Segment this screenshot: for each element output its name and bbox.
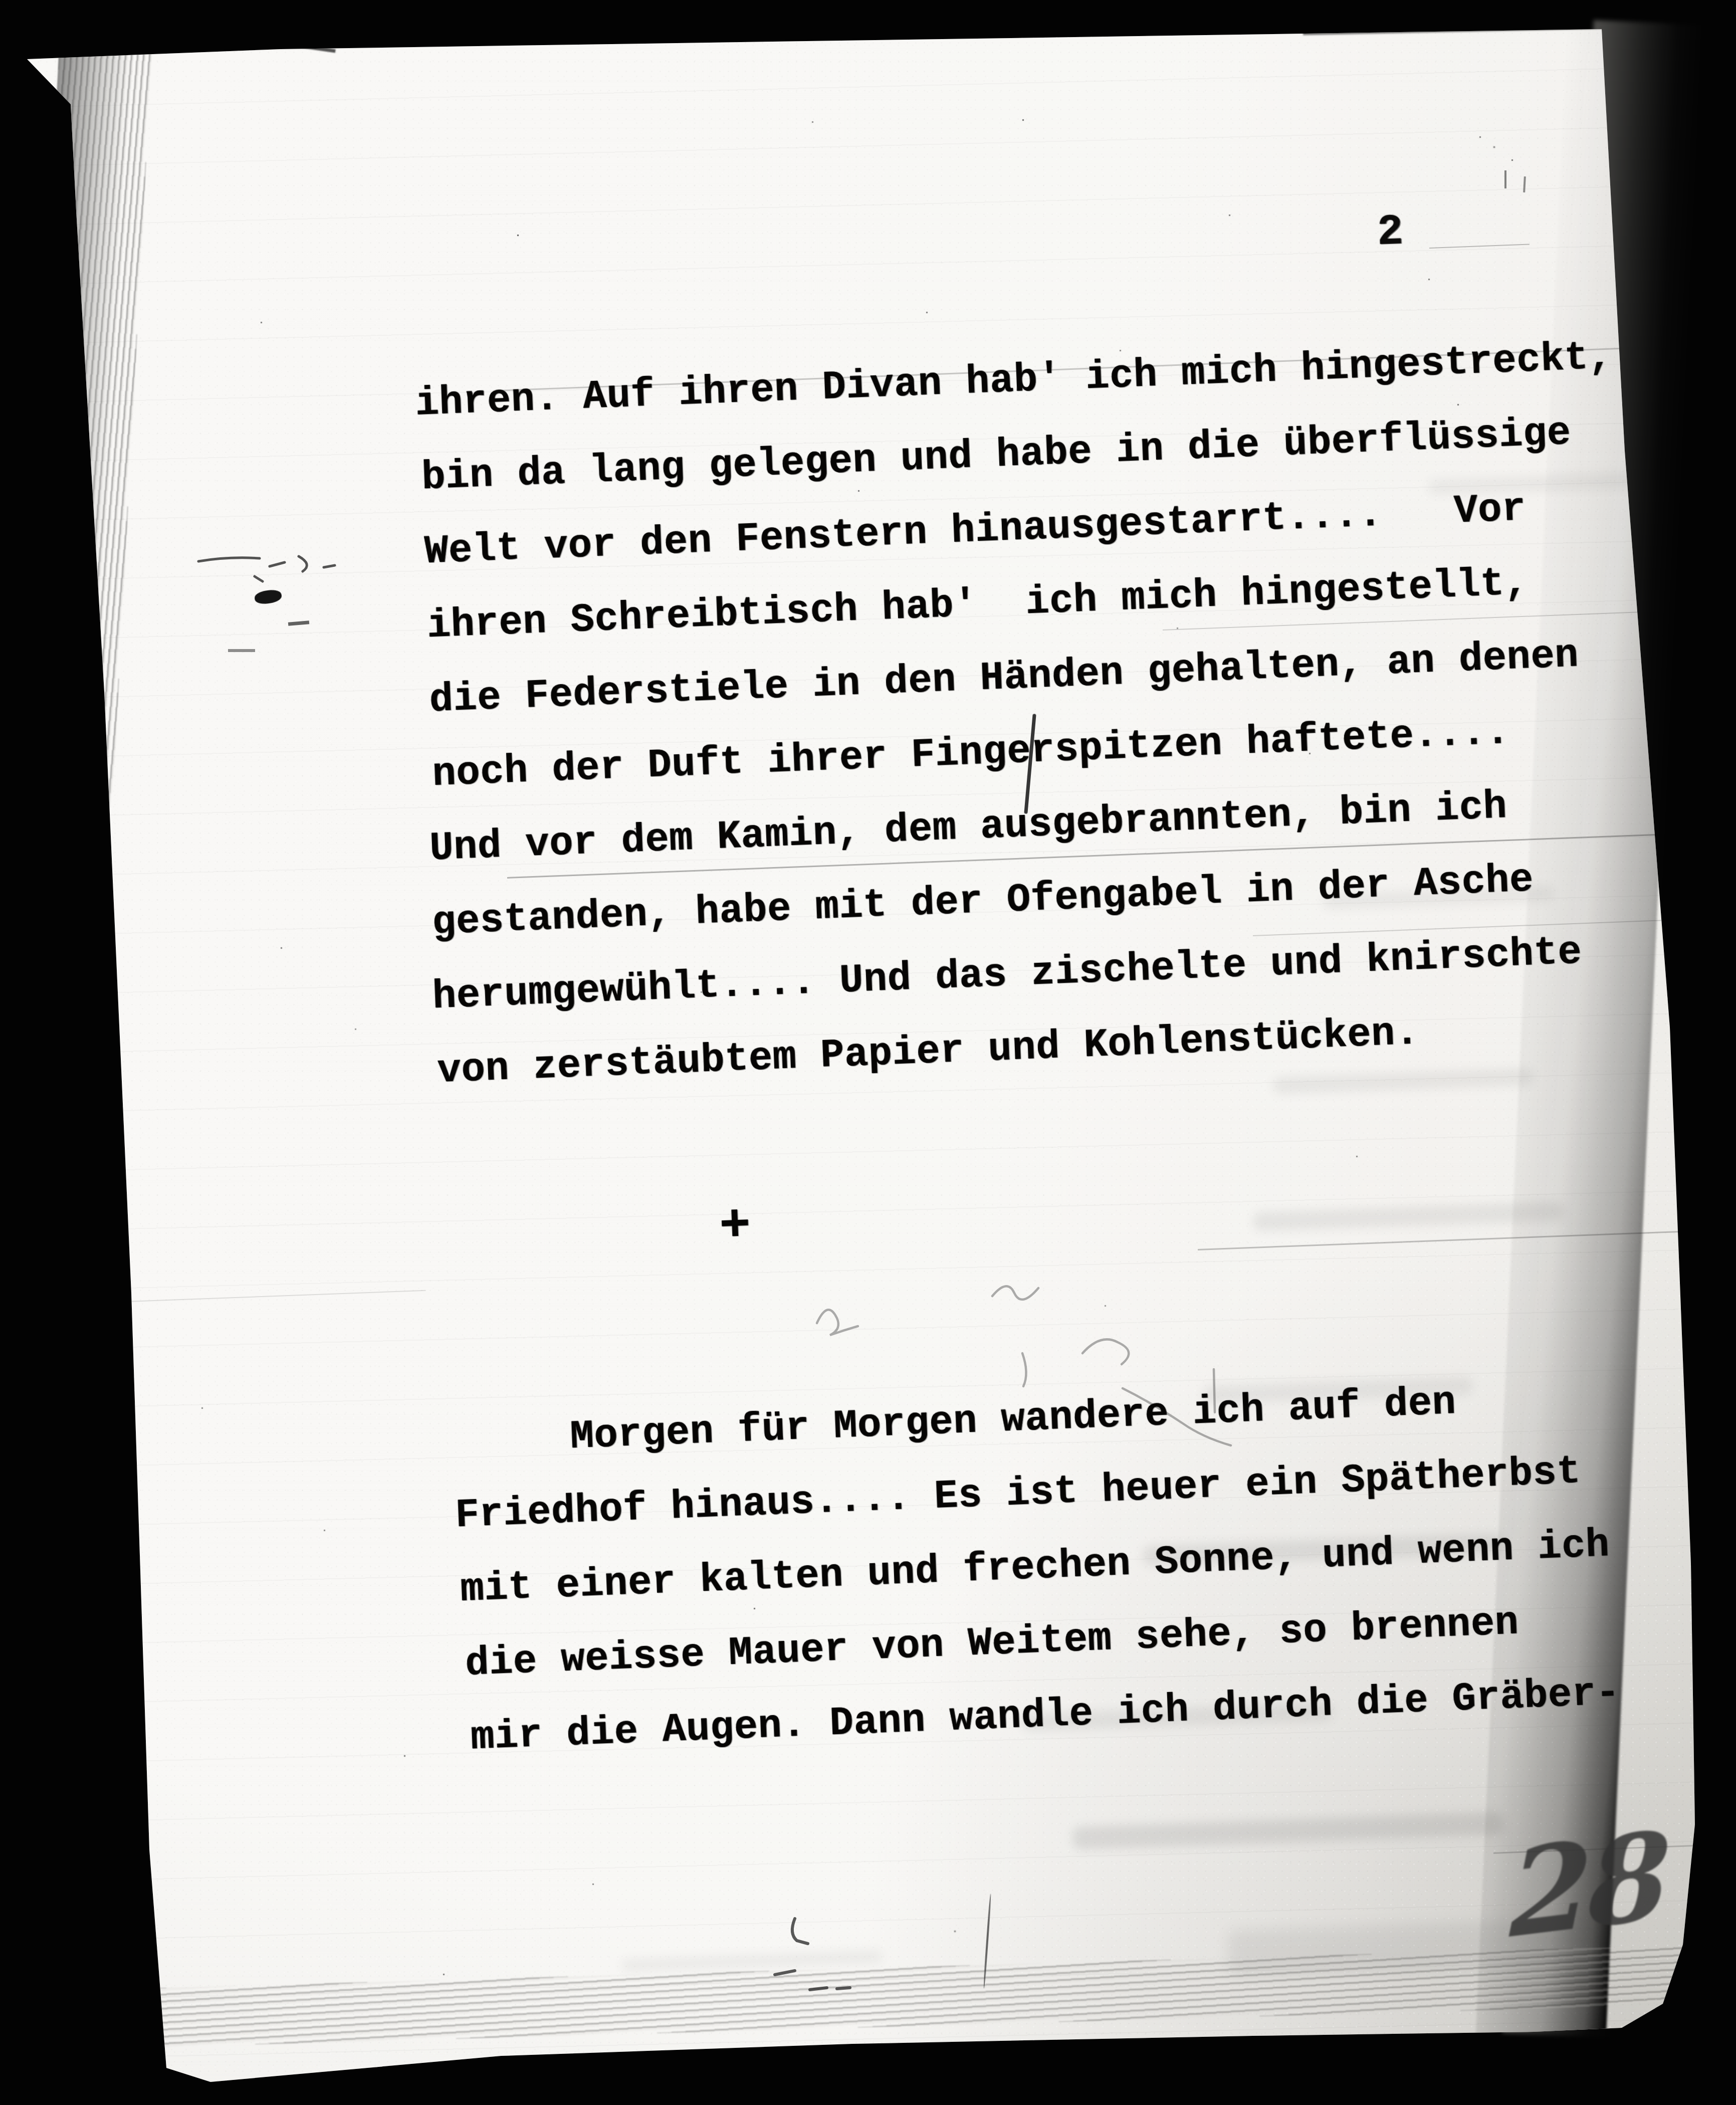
text-line: die Federstiele in den Händen gehalten, … bbox=[428, 636, 1579, 720]
text-line: ihren Schreibtisch hab' ich mich hingest… bbox=[426, 563, 1529, 646]
handwritten-folio-number: 28 bbox=[1509, 1805, 1668, 1965]
scanner-background: 2 ihren. Auf ihren Divan hab' ich mich h… bbox=[0, 0, 1736, 2105]
scratch-cluster bbox=[194, 550, 360, 595]
top-page-edge-line bbox=[20, 7, 1614, 57]
dust-specks bbox=[0, 0, 2, 2]
text-line: ihren. Auf ihren Divan hab' ich mich hin… bbox=[414, 337, 1613, 424]
scratch-dash bbox=[288, 620, 309, 626]
text-line: gestanden, habe mit der Ofengabel in der… bbox=[431, 860, 1535, 943]
scan-streak bbox=[1429, 244, 1530, 249]
bleedthrough-smudge bbox=[1072, 1812, 1503, 1850]
section-divider-cross: + bbox=[718, 1200, 752, 1253]
text-line: noch der Duft ihrer Fingerspitzen haftet… bbox=[431, 713, 1510, 794]
page-number: 2 bbox=[1376, 207, 1404, 257]
text-line: herumgewühlt.... Und das zischelte und k… bbox=[431, 932, 1582, 1017]
text-line: bin da lang gelegen und habe in die über… bbox=[421, 413, 1572, 498]
text-line: von zerstäubtem Papier und Kohlenstücken… bbox=[437, 1013, 1420, 1091]
top-page-edge-doubled bbox=[1303, 24, 1609, 36]
manuscript-page: 2 ihren. Auf ihren Divan hab' ich mich h… bbox=[0, 0, 1736, 2105]
scan-streak bbox=[75, 1290, 426, 1304]
scratch-tick bbox=[1504, 170, 1506, 188]
text-line: mir die Augen. Dann wandle ich durch die… bbox=[470, 1673, 1621, 1758]
scratch-cluster-bottom bbox=[762, 1905, 882, 2020]
scratch-tick bbox=[1523, 176, 1526, 192]
rough-left-page-edge bbox=[0, 48, 152, 2097]
text-line: die weisse Mauer von Weitem sehe, so bre… bbox=[465, 1603, 1520, 1684]
scratch-dash bbox=[228, 649, 255, 652]
text-line: Morgen für Morgen wandere ich auf den bbox=[569, 1383, 1457, 1457]
text-line: Welt vor den Fenstern hinausgestarrt....… bbox=[424, 489, 1527, 572]
text-line: mit einer kalten und frechen Sonne, und … bbox=[460, 1525, 1610, 1610]
text-line: Und vor dem Kamin, dem ausgebrannten, bi… bbox=[429, 787, 1508, 869]
text-line: Friedhof hinaus.... Es ist heuer ein Spä… bbox=[455, 1452, 1581, 1536]
typewritten-text-block: ihren. Auf ihren Divan hab' ich mich hin… bbox=[414, 334, 1736, 1836]
